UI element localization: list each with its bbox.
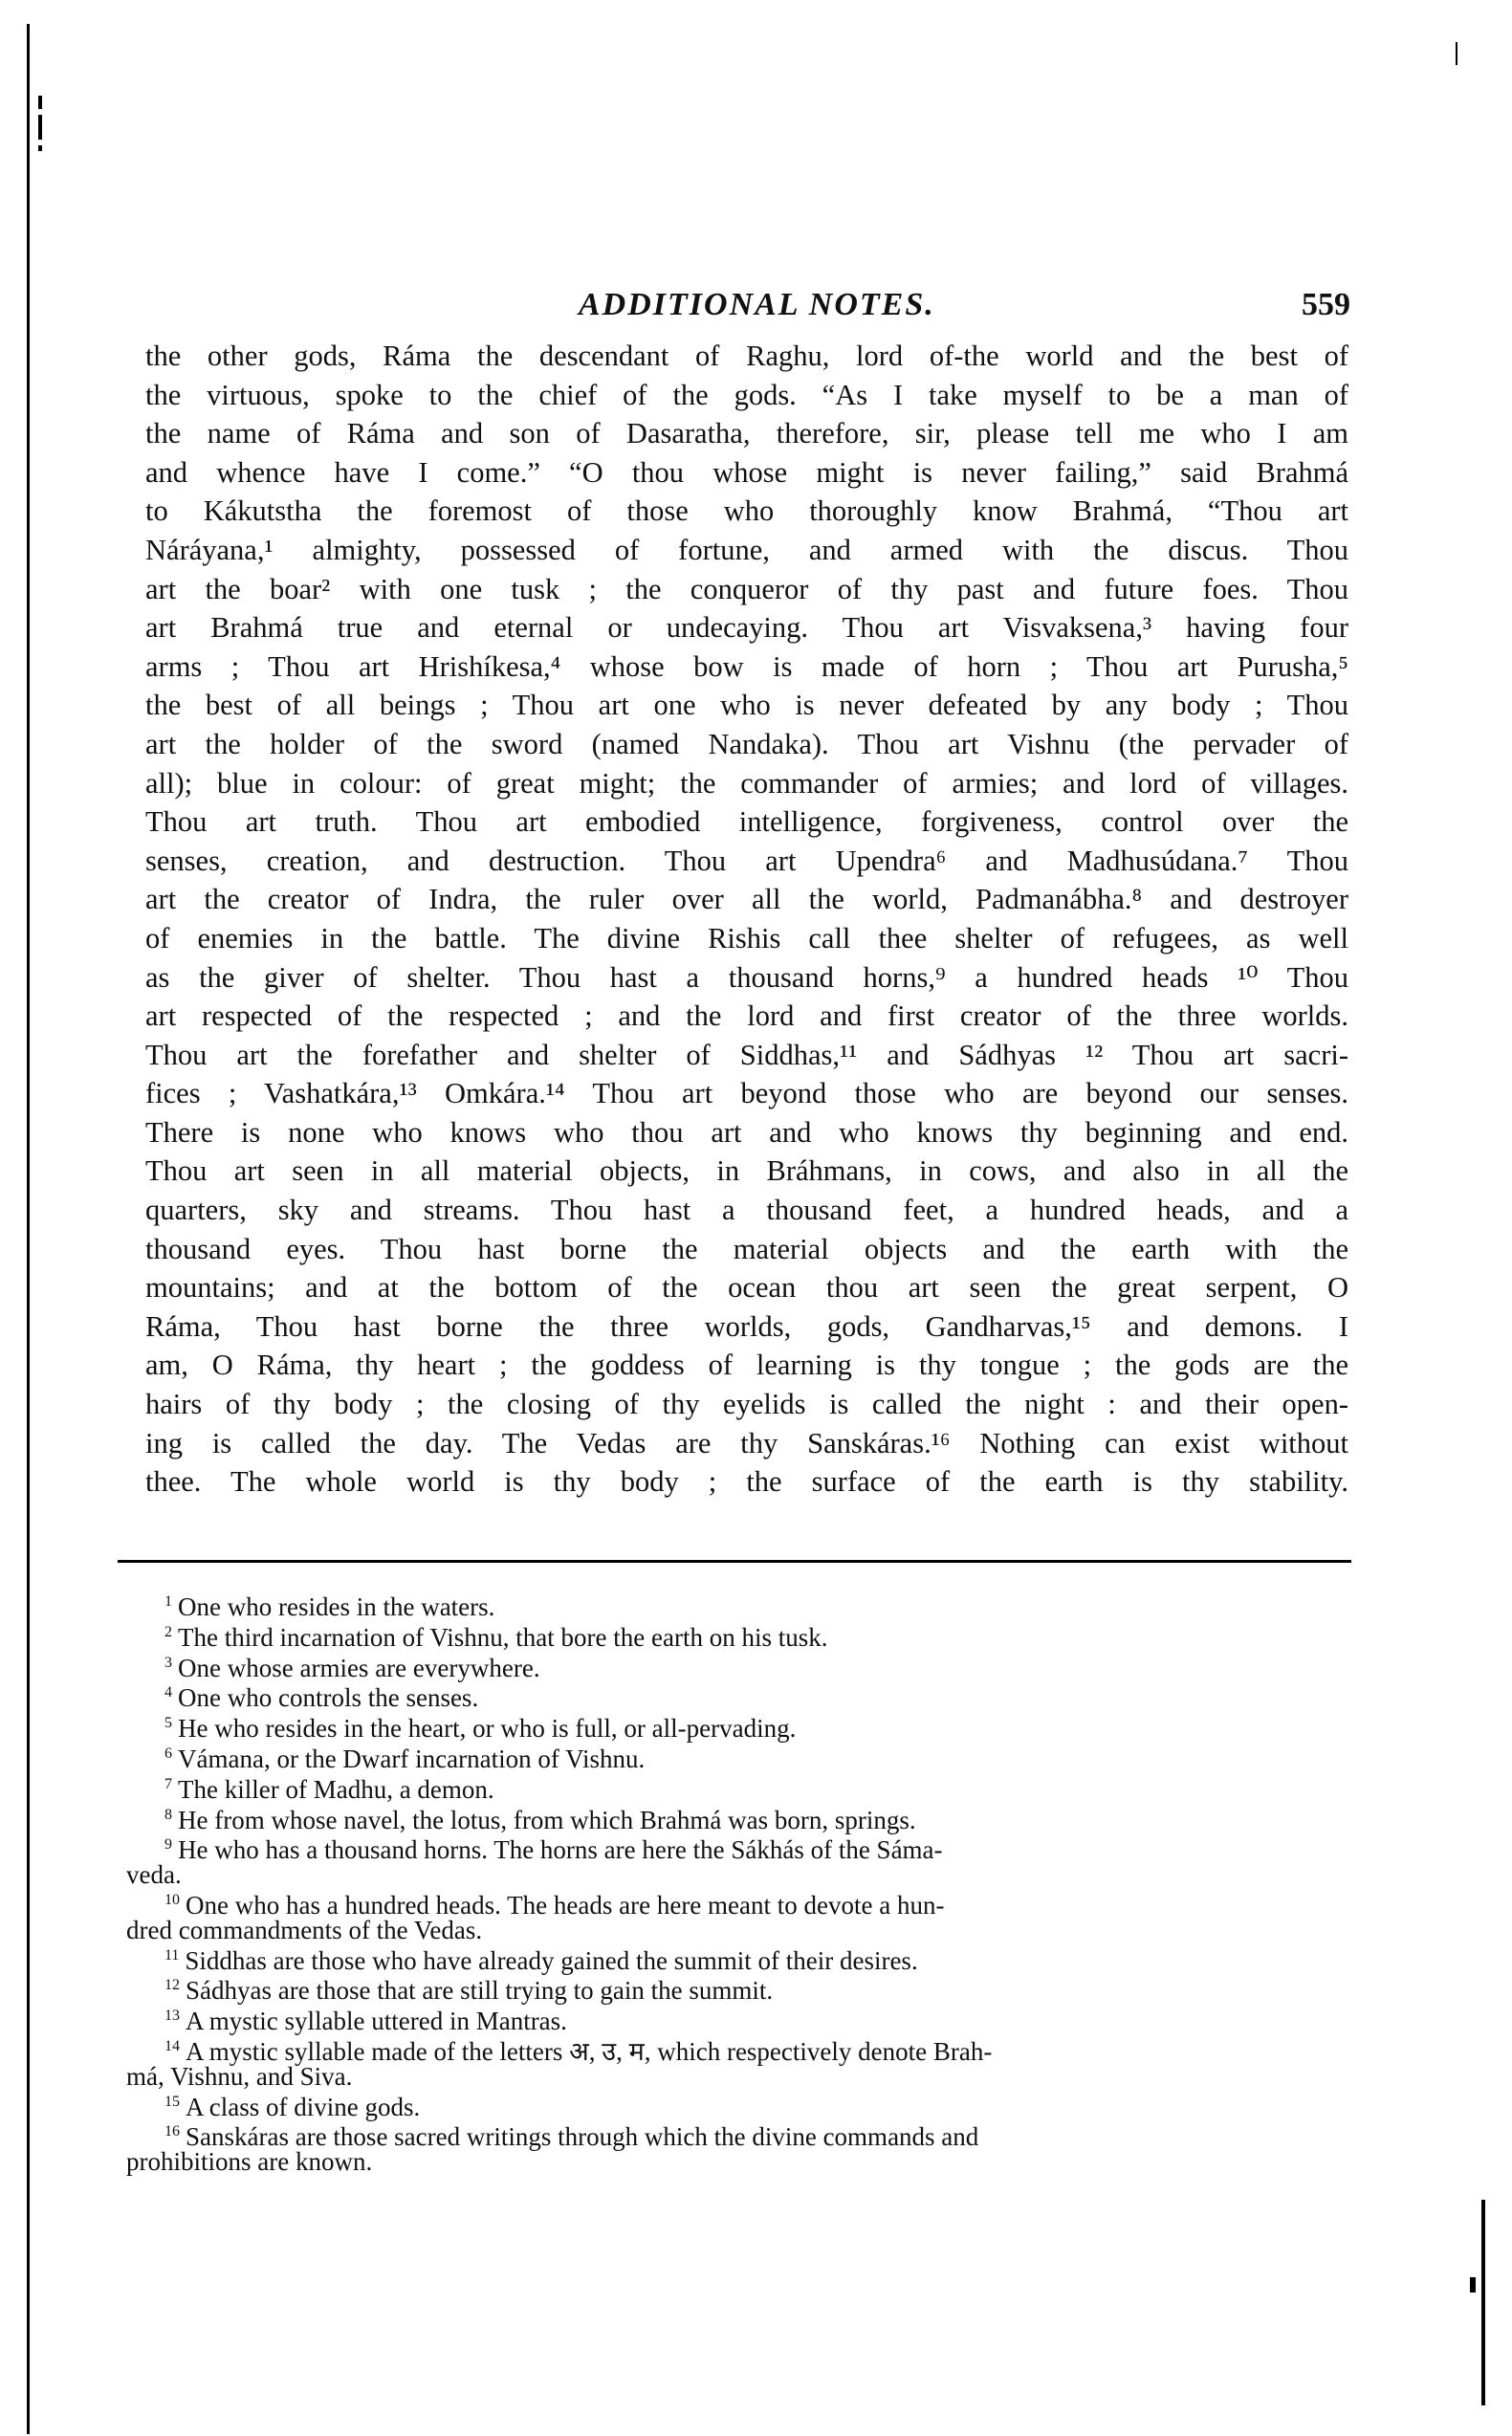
page-left-edge-shadow xyxy=(27,24,30,2434)
footnote-text: má, Vishnu, and Siva. xyxy=(126,2062,352,2091)
footnote-text: The third incarnation of Vishnu, that bo… xyxy=(178,1623,827,1652)
page-header: ADDITIONAL NOTES. 559 xyxy=(143,287,1350,325)
footnote-8: 8He from whose navel, the lotus, from wh… xyxy=(126,1803,1322,1833)
text-line: Thou art truth. Thou art embodied intell… xyxy=(145,802,1348,842)
footnote-number: 9 xyxy=(164,1836,172,1853)
footnote-2: 2The third incarnation of Vishnu, that b… xyxy=(126,1620,1322,1651)
footnote-text: The killer of Madhu, a demon. xyxy=(178,1775,494,1804)
text-line: Thou art seen in all material objects, i… xyxy=(145,1152,1348,1191)
footnote-text: veda. xyxy=(126,1860,182,1889)
text-line: of enemies in the battle. The divine Ris… xyxy=(145,919,1348,958)
footnote-text: He who has a thousand horns. The horns a… xyxy=(178,1835,943,1864)
text-line: and whence have I come.” “O thou whose m… xyxy=(145,453,1348,493)
footnote-number: 8 xyxy=(164,1807,172,1823)
footnote-3: 3One whose armies are everywhere. xyxy=(126,1651,1322,1681)
footnote-16: prohibitions are known. xyxy=(126,2150,1322,2175)
binding-marks xyxy=(38,96,42,153)
text-line: thee. The whole world is thy body ; the … xyxy=(145,1462,1348,1502)
text-line: the virtuous, spoke to the chief of the … xyxy=(145,376,1348,415)
footnote-13: 13A mystic syllable uttered in Mantras. xyxy=(126,2004,1322,2034)
footnote-text: A mystic syllable uttered in Mantras. xyxy=(186,2007,567,2035)
footnote-text: Sádhyas are those that are still trying … xyxy=(186,1976,773,2005)
footnote-11: 11Siddhas are those who have already gai… xyxy=(126,1943,1322,1974)
footnote-number: 5 xyxy=(164,1715,172,1731)
footnote-number: 4 xyxy=(164,1684,172,1701)
footnote-14: má, Vishnu, and Siva. xyxy=(126,2065,1322,2090)
footnote-text: He who resides in the heart, or who is f… xyxy=(178,1714,796,1743)
footnote-7: 7The killer of Madhu, a demon. xyxy=(126,1772,1322,1803)
text-line: fices ; Vashatkára,¹³ Omkára.¹⁴ Thou art… xyxy=(145,1074,1348,1113)
footnote-9: 9He who has a thousand horns. The horns … xyxy=(126,1832,1322,1863)
main-text: the other gods, Ráma the descendant of R… xyxy=(145,337,1348,1502)
footnotes: 1One who resides in the waters.2The thir… xyxy=(126,1590,1322,2175)
footnote-number: 1 xyxy=(164,1593,172,1610)
footnote-10: dred commandments of the Vedas. xyxy=(126,1919,1322,1943)
text-line: senses, creation, and destruction. Thou … xyxy=(145,842,1348,881)
text-line: arms ; Thou art Hrishíkesa,⁴ whose bow i… xyxy=(145,647,1348,687)
text-line: Náráyana,¹ almighty, possessed of fortun… xyxy=(145,531,1348,570)
footnote-1: 1One who resides in the waters. xyxy=(126,1590,1322,1620)
footnote-number: 3 xyxy=(164,1655,172,1671)
footnote-14: 14A mystic syllable made of the letters … xyxy=(126,2034,1322,2065)
text-line: all); blue in colour: of great might; th… xyxy=(145,764,1348,803)
text-line: thousand eyes. Thou hast borne the mater… xyxy=(145,1230,1348,1269)
text-line: Ráma, Thou hast borne the three worlds, … xyxy=(145,1307,1348,1347)
footnote-number: 14 xyxy=(164,2038,180,2054)
footnote-text: dred commandments of the Vedas. xyxy=(126,1916,482,1944)
footnote-10: 10One who has a hundred heads. The heads… xyxy=(126,1888,1322,1919)
text-line: the best of all beings ; Thou art one wh… xyxy=(145,686,1348,725)
footnote-6: 6Vámana, or the Dwarf incarnation of Vis… xyxy=(126,1742,1322,1772)
text-line: art the holder of the sword (named Nanda… xyxy=(145,725,1348,764)
page-right-edge-shadow xyxy=(1481,2200,1485,2405)
footnote-text: Vámana, or the Dwarf incarnation of Vish… xyxy=(178,1745,645,1773)
text-line: hairs of thy body ; the closing of thy e… xyxy=(145,1385,1348,1424)
footnote-9: veda. xyxy=(126,1863,1322,1888)
footnote-number: 2 xyxy=(164,1624,172,1640)
text-line: as the giver of shelter. Thou hast a tho… xyxy=(145,958,1348,998)
text-line: Thou art the forefather and shelter of S… xyxy=(145,1036,1348,1075)
text-line: art the boar² with one tusk ; the conque… xyxy=(145,570,1348,609)
footnote-text: One whose armies are everywhere. xyxy=(178,1654,540,1682)
text-line: the name of Ráma and son of Dasaratha, t… xyxy=(145,414,1348,453)
page-number: 559 xyxy=(1302,287,1350,323)
footnote-number: 15 xyxy=(164,2094,180,2110)
footnote-12: 12Sádhyas are those that are still tryin… xyxy=(126,1973,1322,2004)
footnote-5: 5He who resides in the heart, or who is … xyxy=(126,1711,1322,1742)
text-line: the other gods, Ráma the descendant of R… xyxy=(145,337,1348,376)
footnote-text: A class of divine gods. xyxy=(186,2093,420,2121)
footnote-number: 13 xyxy=(164,2008,180,2024)
footnote-15: 15A class of divine gods. xyxy=(126,2090,1322,2120)
ink-blot xyxy=(1470,2277,1476,2293)
text-line: art Brahmá true and eternal or undecayin… xyxy=(145,608,1348,647)
footnote-number: 7 xyxy=(164,1776,172,1792)
footnote-text: Siddhas are those who have already gaine… xyxy=(185,1946,917,1975)
footnote-4: 4One who controls the senses. xyxy=(126,1680,1322,1711)
text-line: mountains; and at the bottom of the ocea… xyxy=(145,1268,1348,1307)
footnote-text: One who controls the senses. xyxy=(178,1683,478,1712)
footnote-number: 12 xyxy=(164,1977,180,1993)
footnote-text: He from whose navel, the lotus, from whi… xyxy=(178,1806,916,1834)
text-line: am, O Ráma, thy heart ; the goddess of l… xyxy=(145,1346,1348,1385)
footnote-text: prohibitions are known. xyxy=(126,2147,372,2176)
text-line: quarters, sky and streams. Thou hast a t… xyxy=(145,1191,1348,1230)
footnote-number: 11 xyxy=(164,1947,179,1964)
text-line: art respected of the respected ; and the… xyxy=(145,997,1348,1036)
text-line: art the creator of Indra, the ruler over… xyxy=(145,880,1348,919)
footnote-number: 10 xyxy=(164,1892,180,1908)
footnote-number: 6 xyxy=(164,1745,172,1762)
text-line: ing is called the day. The Vedas are thy… xyxy=(145,1424,1348,1463)
text-line: There is none who knows who thou art and… xyxy=(145,1113,1348,1152)
footnote-16: 16Sanskáras are those sacred writings th… xyxy=(126,2119,1322,2150)
footnote-text: One who resides in the waters. xyxy=(178,1592,494,1621)
text-line: to Kákutstha the foremost of those who t… xyxy=(145,492,1348,531)
page-right-mark xyxy=(1456,42,1457,65)
running-title: ADDITIONAL NOTES. xyxy=(579,287,935,323)
footnote-number: 16 xyxy=(164,2123,180,2140)
footnote-divider xyxy=(118,1560,1351,1563)
